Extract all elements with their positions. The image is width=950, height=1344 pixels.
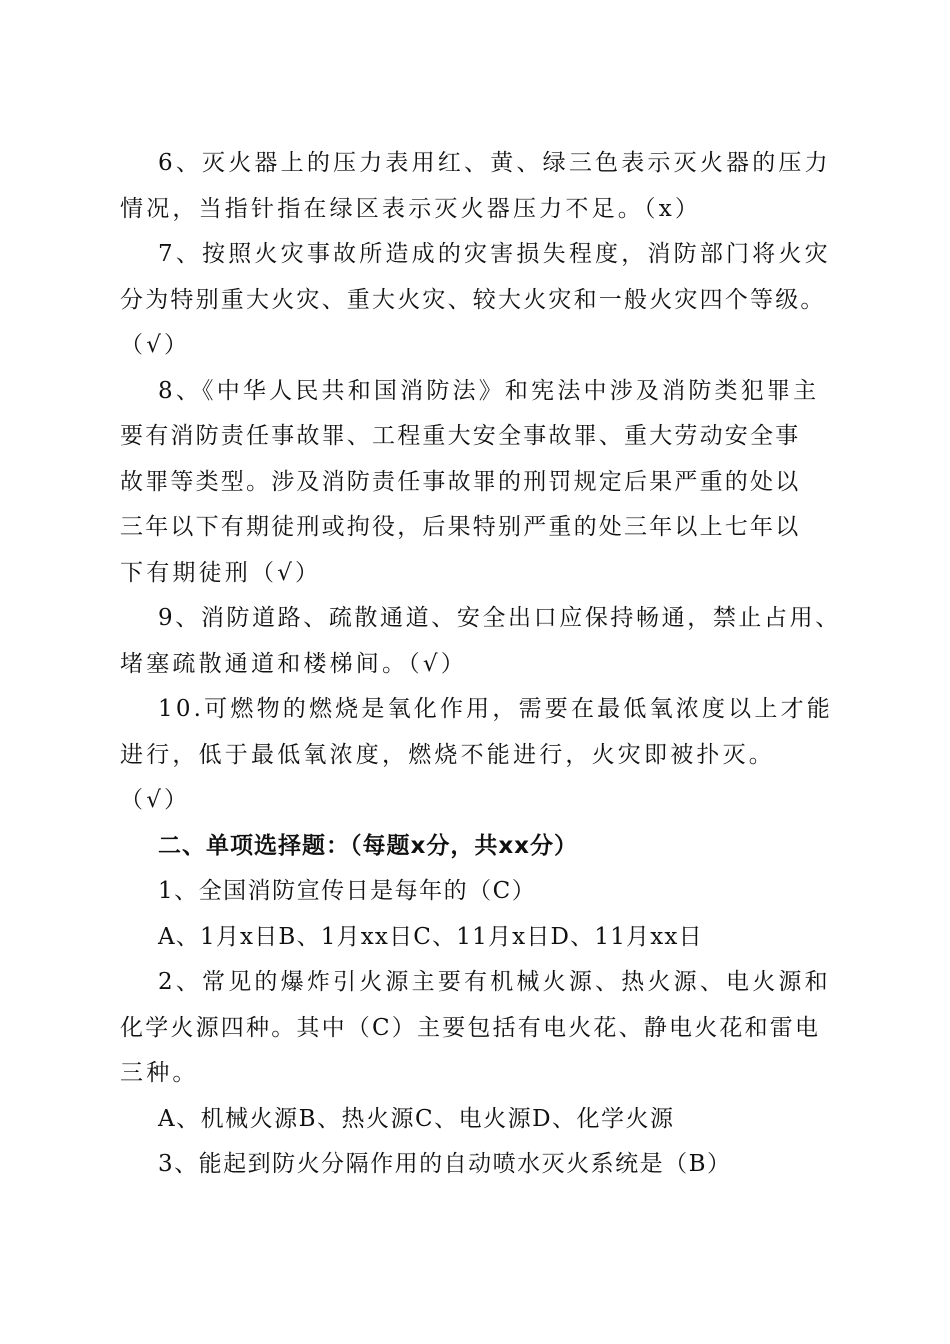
question-8-line-4: 三年以下有期徒刑或拘役，后果特别严重的处三年以上七年以: [120, 504, 840, 550]
mc-question-1: 1、全国消防宣传日是每年的（C）: [158, 868, 878, 914]
mc-question-2-line-1: 2、常见的爆炸引火源主要有机械火源、热火源、电火源和: [158, 959, 878, 1005]
question-7-line-2: 分为特别重大火灾、重大火灾、较大火灾和一般火灾四个等级。: [120, 277, 840, 323]
question-8-line-3: 故罪等类型。涉及消防责任事故罪的刑罚规定后果严重的处以: [120, 459, 840, 505]
question-10-line-1: 10.可燃物的燃烧是氧化作用，需要在最低氧浓度以上才能: [158, 686, 878, 732]
mc-question-1-options: A、1月x日B、1月xx日C、11月x日D、11月xx日: [158, 914, 878, 960]
question-6-line-2: 情况，当指针指在绿区表示灭火器压力不足。（x）: [120, 186, 840, 232]
question-7-answer: （√）: [120, 322, 840, 368]
question-8-line-1: 8、《中华人民共和国消防法》和宪法中涉及消防类犯罪主: [158, 368, 878, 414]
question-9-line-2: 堵塞疏散通道和楼梯间。（√）: [120, 641, 840, 687]
question-8-line-2: 要有消防责任事故罪、工程重大安全事故罪、重大劳动安全事: [120, 413, 840, 459]
mc-question-2-line-2: 化学火源四种。其中（C）主要包括有电火花、静电火花和雷电: [120, 1005, 840, 1051]
section-heading-single-choice: 二、单项选择题：（每题x分，共xx分）: [158, 823, 878, 869]
mc-question-3: 3、能起到防火分隔作用的自动喷水灭火系统是（B）: [158, 1141, 878, 1187]
question-7-line-1: 7、按照火灾事故所造成的灾害损失程度，消防部门将火灾: [158, 231, 878, 277]
question-10-line-2: 进行，低于最低氧浓度，燃烧不能进行，火灾即被扑灭。: [120, 732, 840, 778]
document-page: 6、灭火器上的压力表用红、黄、绿三色表示灭火器的压力 情况，当指针指在绿区表示灭…: [0, 0, 950, 1344]
question-6-line-1: 6、灭火器上的压力表用红、黄、绿三色表示灭火器的压力: [158, 140, 878, 186]
question-10-answer: （√）: [120, 777, 840, 823]
mc-question-2-line-3: 三种。: [120, 1050, 840, 1096]
question-9-line-1: 9、消防道路、疏散通道、安全出口应保持畅通，禁止占用、: [158, 595, 878, 641]
question-8-line-5: 下有期徒刑（√）: [120, 550, 840, 596]
mc-question-2-options: A、机械火源B、热火源C、电火源D、化学火源: [158, 1096, 878, 1142]
